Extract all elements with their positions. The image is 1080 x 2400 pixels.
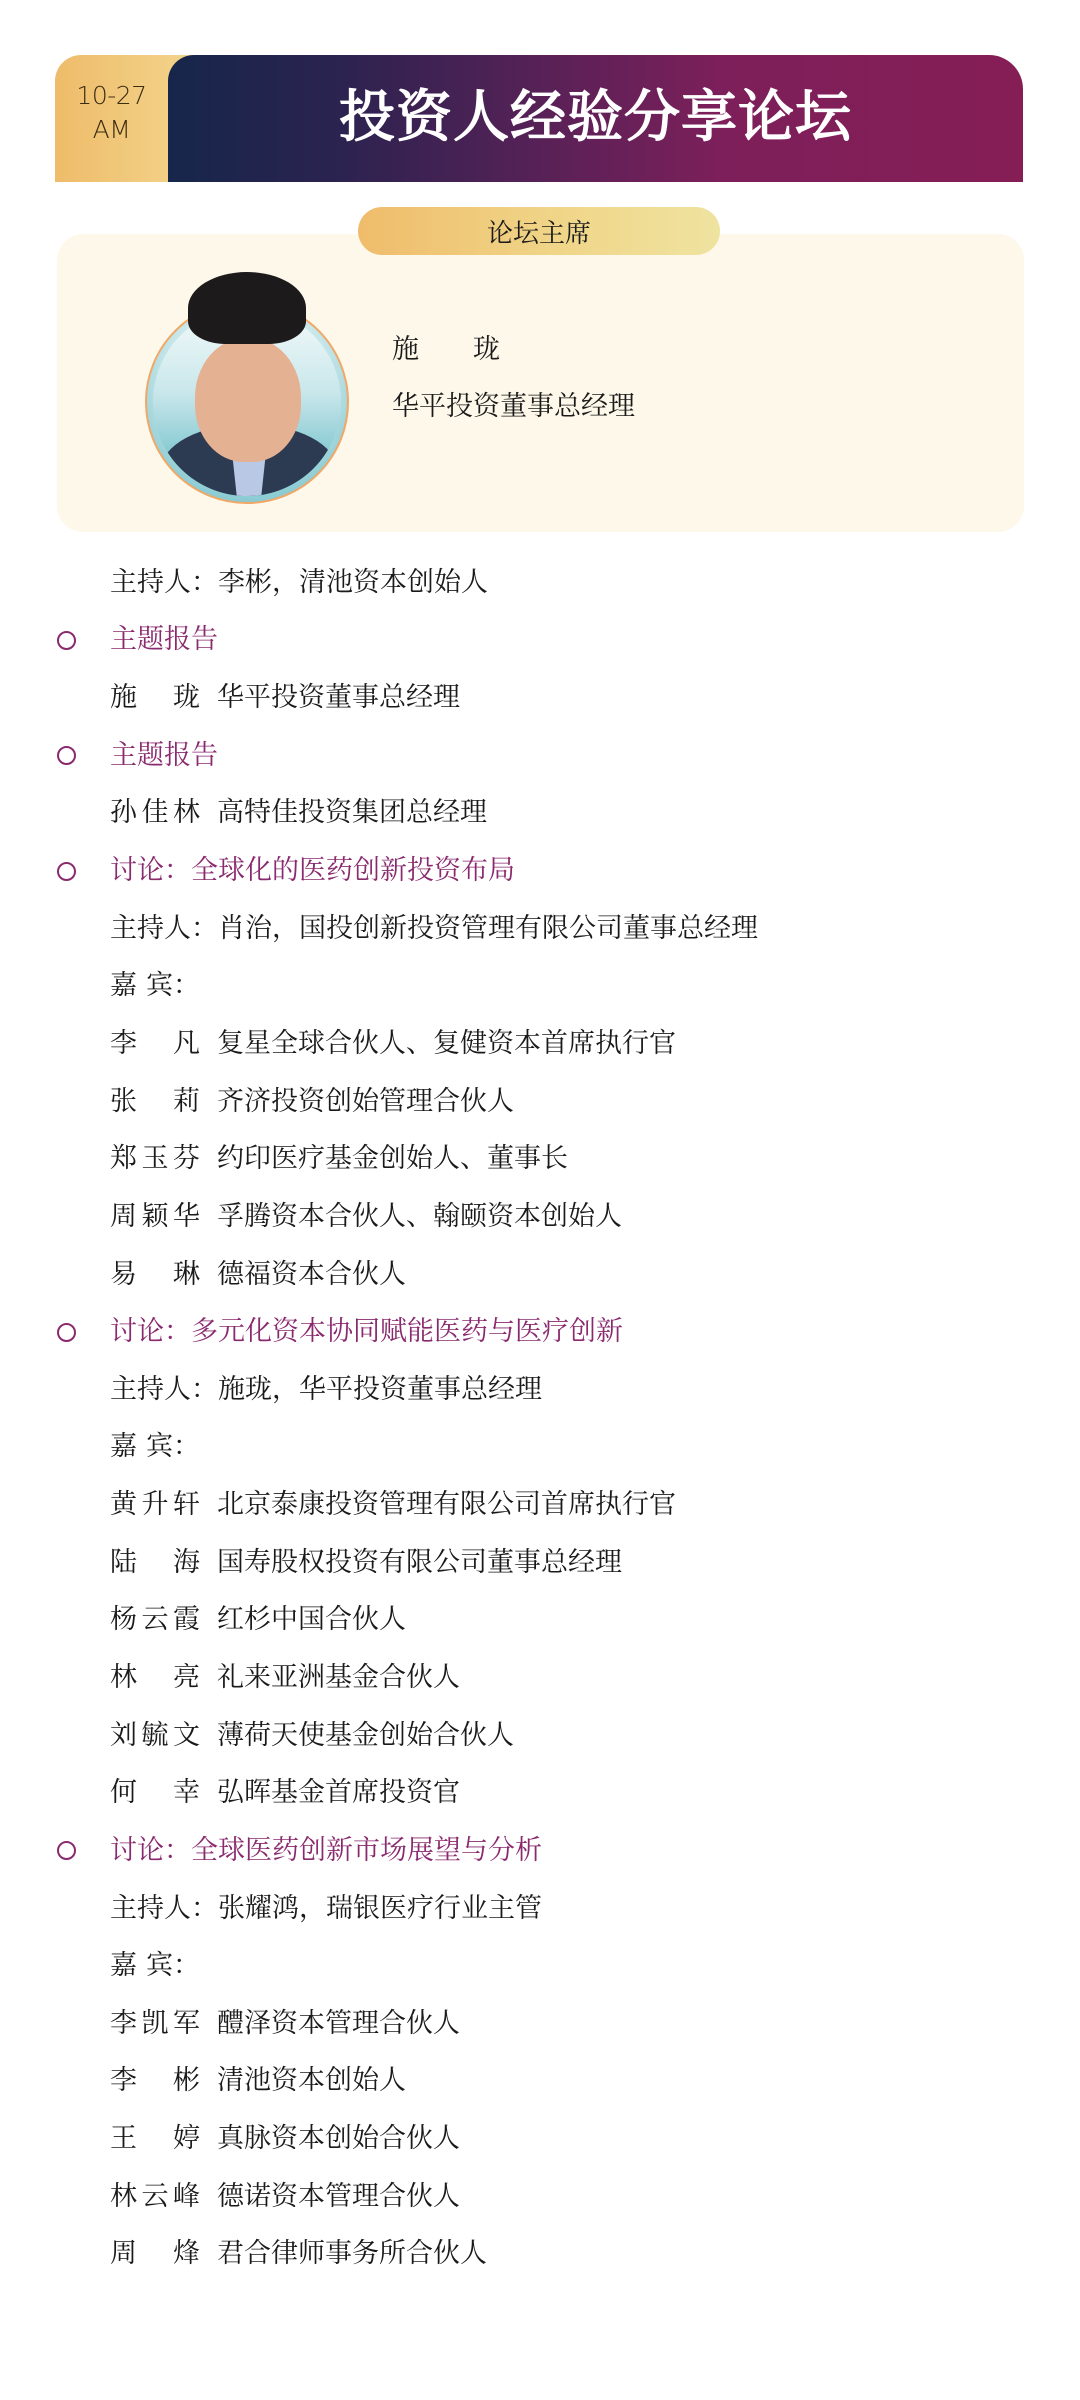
person-name-char: 华 xyxy=(173,1199,200,1235)
person-name: 孙佳林 xyxy=(110,795,200,831)
agenda-person-row: 杨云霞红杉中国合伙人 xyxy=(0,1592,1080,1650)
agenda-person-row: 何幸弘晖基金首席投资官 xyxy=(0,1764,1080,1822)
person-name-char: 琳 xyxy=(173,1257,200,1293)
person-name-char: 亮 xyxy=(173,1660,200,1696)
host-text: 主持人：肖治，国投创新投资管理有限公司董事总经理 xyxy=(110,911,758,947)
person-name: 何幸 xyxy=(110,1775,200,1811)
person-name: 易琳 xyxy=(110,1257,200,1293)
person-affiliation: 华平投资董事总经理 xyxy=(217,680,460,716)
person-affiliation: 礼来亚洲基金合伙人 xyxy=(217,1660,460,1696)
agenda-person-row: 周烽君合律师事务所合伙人 xyxy=(0,2226,1080,2284)
person-affiliation: 醴泽资本管理合伙人 xyxy=(217,2006,460,2042)
person-name-char: 孙 xyxy=(110,795,137,831)
person-name: 王婷 xyxy=(110,2121,200,2157)
person-name-char: 周 xyxy=(110,2236,137,2272)
person-name: 李凡 xyxy=(110,1026,200,1062)
person-name-char: 郑 xyxy=(110,1141,137,1177)
agenda-guests-label: 嘉宾： xyxy=(0,957,1080,1015)
guests-label-char: 宾： xyxy=(146,968,200,1004)
agenda-person-row: 林亮礼来亚洲基金合伙人 xyxy=(0,1649,1080,1707)
agenda-list: 主持人：李彬，清池资本创始人主题报告施珑华平投资董事总经理主题报告孙佳林高特佳投… xyxy=(0,554,1080,2283)
person-name: 黄升轩 xyxy=(110,1487,200,1523)
person-affiliation: 德福资本合伙人 xyxy=(217,1257,406,1293)
portrait-face xyxy=(195,338,301,462)
person-name-char: 佳 xyxy=(142,795,169,831)
section-title: 讨论：全球化的医药创新投资布局 xyxy=(110,853,515,889)
session-time: 10-27 AM xyxy=(55,79,168,147)
agenda-person-row: 李凯军醴泽资本管理合伙人 xyxy=(0,1995,1080,2053)
person-name-char: 王 xyxy=(110,2121,137,2157)
section-title: 主题报告 xyxy=(110,738,218,774)
title-bar: 投资人经验分享论坛 xyxy=(168,55,1023,182)
guests-label-char: 宾： xyxy=(146,1429,200,1465)
person-name: 李凯军 xyxy=(110,2006,200,2042)
person-name-char: 周 xyxy=(110,1199,137,1235)
person-name-char: 黄 xyxy=(110,1487,137,1523)
person-name-char: 杨 xyxy=(110,1602,137,1638)
circle-bullet-icon xyxy=(57,862,76,881)
person-name-char: 李 xyxy=(110,2063,137,2099)
person-name-char: 李 xyxy=(110,1026,137,1062)
agenda-person-row: 孙佳林高特佳投资集团总经理 xyxy=(0,785,1080,843)
person-name: 周颖华 xyxy=(110,1199,200,1235)
person-name: 李彬 xyxy=(110,2063,200,2099)
person-name-char: 林 xyxy=(110,1660,137,1696)
person-name-char: 芬 xyxy=(173,1141,200,1177)
agenda-person-row: 易琳德福资本合伙人 xyxy=(0,1246,1080,1304)
person-name-char: 云 xyxy=(142,2179,169,2215)
host-text: 主持人：李彬，清池资本创始人 xyxy=(110,565,488,601)
person-affiliation: 高特佳投资集团总经理 xyxy=(217,795,487,831)
person-name-char: 烽 xyxy=(173,2236,200,2272)
person-name-char: 海 xyxy=(173,1545,200,1581)
portrait-hair xyxy=(188,272,306,344)
person-name-char: 幸 xyxy=(173,1775,200,1811)
agenda-section-header: 讨论：多元化资本协同赋能医药与医疗创新 xyxy=(0,1303,1080,1361)
agenda-host-line: 主持人：李彬，清池资本创始人 xyxy=(0,554,1080,612)
person-affiliation: 清池资本创始人 xyxy=(217,2063,406,2099)
agenda-person-row: 林云峰德诺资本管理合伙人 xyxy=(0,2168,1080,2226)
person-affiliation: 薄荷天使基金创始合伙人 xyxy=(217,1718,514,1754)
agenda-host-line: 主持人：肖治，国投创新投资管理有限公司董事总经理 xyxy=(0,900,1080,958)
person-name: 周烽 xyxy=(110,2236,200,2272)
person-name-char: 霞 xyxy=(173,1602,200,1638)
person-name-char: 李 xyxy=(110,2006,137,2042)
forum-header-banner: 10-27 AM 投资人经验分享论坛 xyxy=(55,55,1023,182)
person-affiliation: 真脉资本创始合伙人 xyxy=(217,2121,460,2157)
person-name-char: 凡 xyxy=(173,1026,200,1062)
agenda-guests-label: 嘉宾： xyxy=(0,1937,1080,1995)
agenda-person-row: 张莉齐济投资创始管理合伙人 xyxy=(0,1073,1080,1131)
person-name-char: 施 xyxy=(110,680,137,716)
section-title: 讨论：全球医药创新市场展望与分析 xyxy=(110,1833,542,1869)
agenda-person-row: 周颖华孚腾资本合伙人、翰颐资本创始人 xyxy=(0,1188,1080,1246)
agenda-section-header: 讨论：全球化的医药创新投资布局 xyxy=(0,842,1080,900)
agenda-host-line: 主持人：张耀鸿，瑞银医疗行业主管 xyxy=(0,1880,1080,1938)
person-name-char: 珑 xyxy=(173,680,200,716)
person-affiliation: 君合律师事务所合伙人 xyxy=(217,2236,487,2272)
person-name: 施珑 xyxy=(110,680,200,716)
person-name-char: 军 xyxy=(173,2006,200,2042)
agenda-person-row: 施珑华平投资董事总经理 xyxy=(0,669,1080,727)
agenda-person-row: 王婷真脉资本创始合伙人 xyxy=(0,2110,1080,2168)
session-date: 10-27 xyxy=(55,79,168,113)
host-text: 主持人：施珑，华平投资董事总经理 xyxy=(110,1372,542,1408)
person-name: 郑玉芬 xyxy=(110,1141,200,1177)
person-name: 林云峰 xyxy=(110,2179,200,2215)
chair-name: 施 珑 xyxy=(392,332,500,368)
person-name: 林亮 xyxy=(110,1660,200,1696)
section-title: 主题报告 xyxy=(110,622,218,658)
person-name-char: 升 xyxy=(142,1487,169,1523)
agenda-section-header: 主题报告 xyxy=(0,612,1080,670)
person-name-char: 张 xyxy=(110,1084,137,1120)
person-name-char: 云 xyxy=(142,1602,169,1638)
person-name-char: 颖 xyxy=(142,1199,169,1235)
agenda-person-row: 陆海国寿股权投资有限公司董事总经理 xyxy=(0,1534,1080,1592)
guests-label-char: 嘉 xyxy=(110,1429,137,1465)
page-title: 投资人经验分享论坛 xyxy=(339,90,852,146)
person-name-char: 陆 xyxy=(110,1545,137,1581)
person-name-char: 毓 xyxy=(142,1718,169,1754)
circle-bullet-icon xyxy=(57,1841,76,1860)
person-name-char: 轩 xyxy=(173,1487,200,1523)
session-period: AM xyxy=(55,113,168,147)
circle-bullet-icon xyxy=(57,746,76,765)
agenda-section-header: 讨论：全球医药创新市场展望与分析 xyxy=(0,1822,1080,1880)
agenda-host-line: 主持人：施珑，华平投资董事总经理 xyxy=(0,1361,1080,1419)
agenda-person-row: 黄升轩北京泰康投资管理有限公司首席执行官 xyxy=(0,1476,1080,1534)
person-name-char: 峰 xyxy=(173,2179,200,2215)
guests-label-char: 嘉 xyxy=(110,1948,137,1984)
person-name-char: 婷 xyxy=(173,2121,200,2157)
person-affiliation: 国寿股权投资有限公司董事总经理 xyxy=(217,1545,622,1581)
agenda-person-row: 刘毓文薄荷天使基金创始合伙人 xyxy=(0,1707,1080,1765)
guests-label-char: 宾： xyxy=(146,1948,200,1984)
circle-bullet-icon xyxy=(57,1323,76,1342)
person-affiliation: 孚腾资本合伙人、翰颐资本创始人 xyxy=(217,1199,622,1235)
person-name-char: 文 xyxy=(173,1718,200,1754)
host-text: 主持人：张耀鸿，瑞银医疗行业主管 xyxy=(110,1891,542,1927)
guests-label: 嘉宾： xyxy=(110,968,200,1004)
person-name-char: 易 xyxy=(110,1257,137,1293)
person-name: 刘毓文 xyxy=(110,1718,200,1754)
person-name-char: 刘 xyxy=(110,1718,137,1754)
agenda-person-row: 郑玉芬约印医疗基金创始人、董事长 xyxy=(0,1130,1080,1188)
agenda-guests-label: 嘉宾： xyxy=(0,1419,1080,1477)
person-affiliation: 红杉中国合伙人 xyxy=(217,1602,406,1638)
person-name: 陆海 xyxy=(110,1545,200,1581)
section-title: 讨论：多元化资本协同赋能医药与医疗创新 xyxy=(110,1314,623,1350)
agenda-person-row: 李凡复星全球合伙人、复健资本首席执行官 xyxy=(0,1015,1080,1073)
guests-label-char: 嘉 xyxy=(110,968,137,1004)
person-name-char: 林 xyxy=(110,2179,137,2215)
person-affiliation: 复星全球合伙人、复健资本首席执行官 xyxy=(217,1026,676,1062)
circle-bullet-icon xyxy=(57,631,76,650)
person-affiliation: 齐济投资创始管理合伙人 xyxy=(217,1084,514,1120)
person-name-char: 玉 xyxy=(142,1141,169,1177)
person-name: 张莉 xyxy=(110,1084,200,1120)
person-affiliation: 约印医疗基金创始人、董事长 xyxy=(217,1141,568,1177)
person-affiliation: 弘晖基金首席投资官 xyxy=(217,1775,460,1811)
person-name-char: 林 xyxy=(173,795,200,831)
agenda-section-header: 主题报告 xyxy=(0,727,1080,785)
chair-title: 华平投资董事总经理 xyxy=(392,389,635,425)
person-name: 杨云霞 xyxy=(110,1602,200,1638)
person-name-char: 莉 xyxy=(173,1084,200,1120)
person-name-char: 彬 xyxy=(173,2063,200,2099)
person-affiliation: 北京泰康投资管理有限公司首席执行官 xyxy=(217,1487,676,1523)
guests-label: 嘉宾： xyxy=(110,1429,200,1465)
person-name-char: 何 xyxy=(110,1775,137,1811)
person-affiliation: 德诺资本管理合伙人 xyxy=(217,2179,460,2215)
agenda-person-row: 李彬清池资本创始人 xyxy=(0,2053,1080,2111)
person-name-char: 凯 xyxy=(142,2006,169,2042)
forum-chair-badge: 论坛主席 xyxy=(358,207,720,255)
guests-label: 嘉宾： xyxy=(110,1948,200,1984)
